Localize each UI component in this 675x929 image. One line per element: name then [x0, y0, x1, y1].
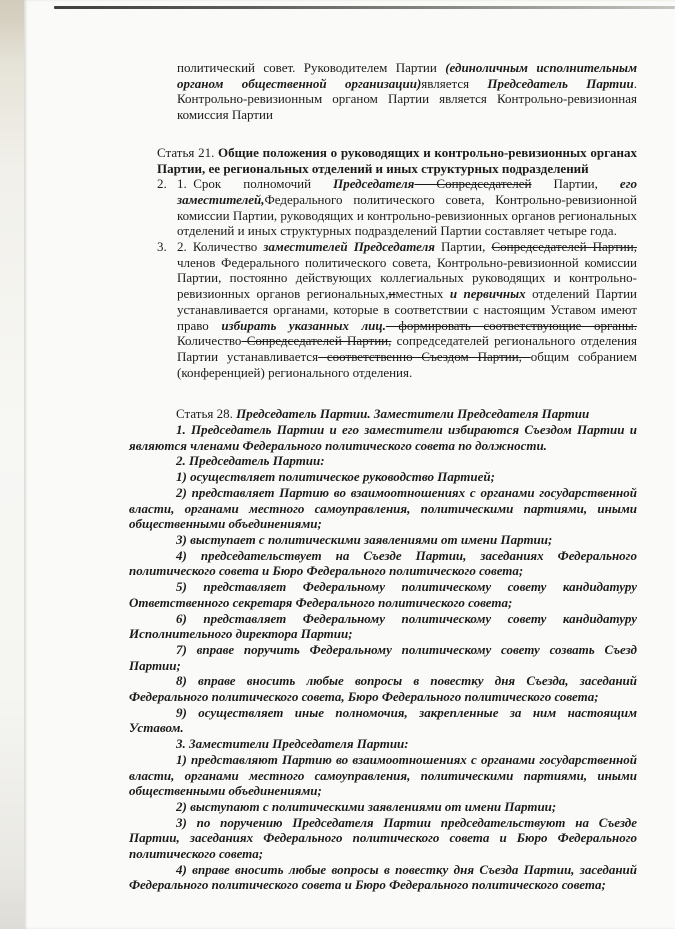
- paragraph-28-2-3: 3) выступает с политическими заявлениями…: [129, 532, 637, 548]
- text-run-r: политический совет. Руководителем Партии: [177, 60, 445, 75]
- text-run-bi: 9) осуществляет иные полномочия, закрепл…: [129, 705, 637, 736]
- paragraph-28-3-1: 1) представляют Партию во взаимоотношени…: [129, 752, 637, 799]
- text-run-r: Статья 28.: [176, 406, 236, 421]
- text-run-bi: 4) председательствует на Съезде Партии, …: [129, 548, 637, 579]
- text-run-bi: 5) представляет Федеральному политическо…: [129, 579, 637, 610]
- text-run-r: 1. Срок полномочий: [177, 176, 333, 191]
- paragraph-28-2-6: 6) представляет Федеральному политическо…: [129, 611, 637, 642]
- text-run-b: Общие положения о руководящих и контроль…: [157, 145, 637, 176]
- text-run-st: Сопредседателей: [414, 176, 531, 191]
- text-run-bi: 2) представляет Партию во взаимоотношени…: [129, 485, 637, 531]
- paragraph-28-2-5: 5) представляет Федеральному политическо…: [129, 579, 637, 610]
- text-run-bi: 3. Заместители Председателя Партии:: [176, 736, 409, 751]
- text-run-r: Статья 21.: [157, 145, 218, 160]
- text-run-bi: Председателя: [333, 176, 414, 191]
- paragraph-28-2-2: 2) представляет Партию во взаимоотношени…: [129, 485, 637, 532]
- document-page: политический совет. Руководителем Партии…: [24, 0, 675, 929]
- text-run-bi: 7) вправе поручить Федеральному политиче…: [129, 642, 637, 673]
- text-run-st: соответственно Съездом Партии,: [318, 349, 531, 364]
- list-item-3: 3.2. Количество заместителей Председател…: [177, 239, 637, 380]
- paragraph-28-2-7: 7) вправе поручить Федеральному политиче…: [129, 642, 637, 673]
- text-run-bi: 1. Председатель Партии и его заместители…: [129, 422, 637, 453]
- scan-background: политический совет. Руководителем Партии…: [0, 0, 675, 929]
- text-run-r: Партии,: [435, 239, 492, 254]
- list-item-2: 2.1. Срок полномочий Председателя Сопред…: [177, 176, 637, 239]
- text-run-r: является: [421, 76, 487, 91]
- text-run-bi: заместителей Председателя: [263, 239, 435, 254]
- paragraph-28-2-9: 9) осуществляет иные полномочия, закрепл…: [129, 705, 637, 736]
- text-run-bi: Председатель Партии: [487, 76, 633, 91]
- page-top-edge-shadow: [54, 6, 675, 9]
- paragraph-28-2-4: 4) председательствует на Съезде Партии, …: [129, 548, 637, 579]
- paragraph-28-2-8: 8) вправе вносить любые вопросы в повест…: [129, 673, 637, 704]
- paragraph-28-1: 1. Председатель Партии и его заместители…: [129, 422, 637, 453]
- text-run-bi: Председатель Партии. Заместители Председ…: [236, 406, 589, 421]
- text-run-bi: 1) осуществляет политическое руководство…: [176, 469, 495, 484]
- scanner-bed-strip: [0, 0, 24, 929]
- paragraph-28-2-1: 1) осуществляет политическое руководство…: [129, 469, 637, 485]
- text-run-r: местных: [395, 286, 449, 301]
- list-marker: 2.: [157, 176, 167, 192]
- text-run-bi: избирать указанных лиц.: [221, 318, 386, 333]
- text-run-r: Партии,: [532, 176, 620, 191]
- paragraph-28-2: 2. Председатель Партии:: [129, 453, 637, 469]
- text-run-bi: 3) по поручению Председателя Партии пред…: [129, 815, 637, 861]
- text-run-bi: 8) вправе вносить любые вопросы в повест…: [129, 673, 637, 704]
- text-run-bi: 2. Председатель Партии:: [176, 453, 325, 468]
- text-run-r: Количество: [177, 333, 241, 348]
- paragraph-28-3-4: 4) вправе вносить любые вопросы в повест…: [129, 862, 637, 893]
- text-run-bi: 6) представляет Федеральному политическо…: [129, 611, 637, 642]
- text-run-st: формировать соответствующие органы.: [386, 318, 637, 333]
- text-run-bi: 2) выступают с политическими заявлениями…: [176, 799, 556, 814]
- text-run-st: Сопредседателей Партии,: [491, 239, 637, 254]
- opening-paragraph: политический совет. Руководителем Партии…: [177, 60, 637, 123]
- text-run-bi: 1) представляют Партию во взаимоотношени…: [129, 752, 637, 798]
- paragraph-28-3: 3. Заместители Председателя Партии:: [129, 736, 637, 752]
- text-run-bi: 4) вправе вносить любые вопросы в повест…: [129, 862, 637, 893]
- text-run-bi: 3) выступает с политическими заявлениями…: [176, 532, 552, 547]
- list-marker: 3.: [157, 239, 167, 255]
- text-run-st: Сопредседателей Партии,: [241, 333, 391, 348]
- text-run-bi: и первичных: [450, 286, 526, 301]
- article-21-heading: Статья 21. Общие положения о руководящих…: [157, 145, 637, 176]
- article-28-heading: Статья 28. Председатель Партии. Заместит…: [129, 406, 637, 422]
- document-content: политический совет. Руководителем Партии…: [129, 60, 637, 893]
- text-run-r: 2. Количество: [177, 239, 263, 254]
- paragraph-28-3-2: 2) выступают с политическими заявлениями…: [129, 799, 637, 815]
- paragraph-28-3-3: 3) по поручению Председателя Партии пред…: [129, 815, 637, 862]
